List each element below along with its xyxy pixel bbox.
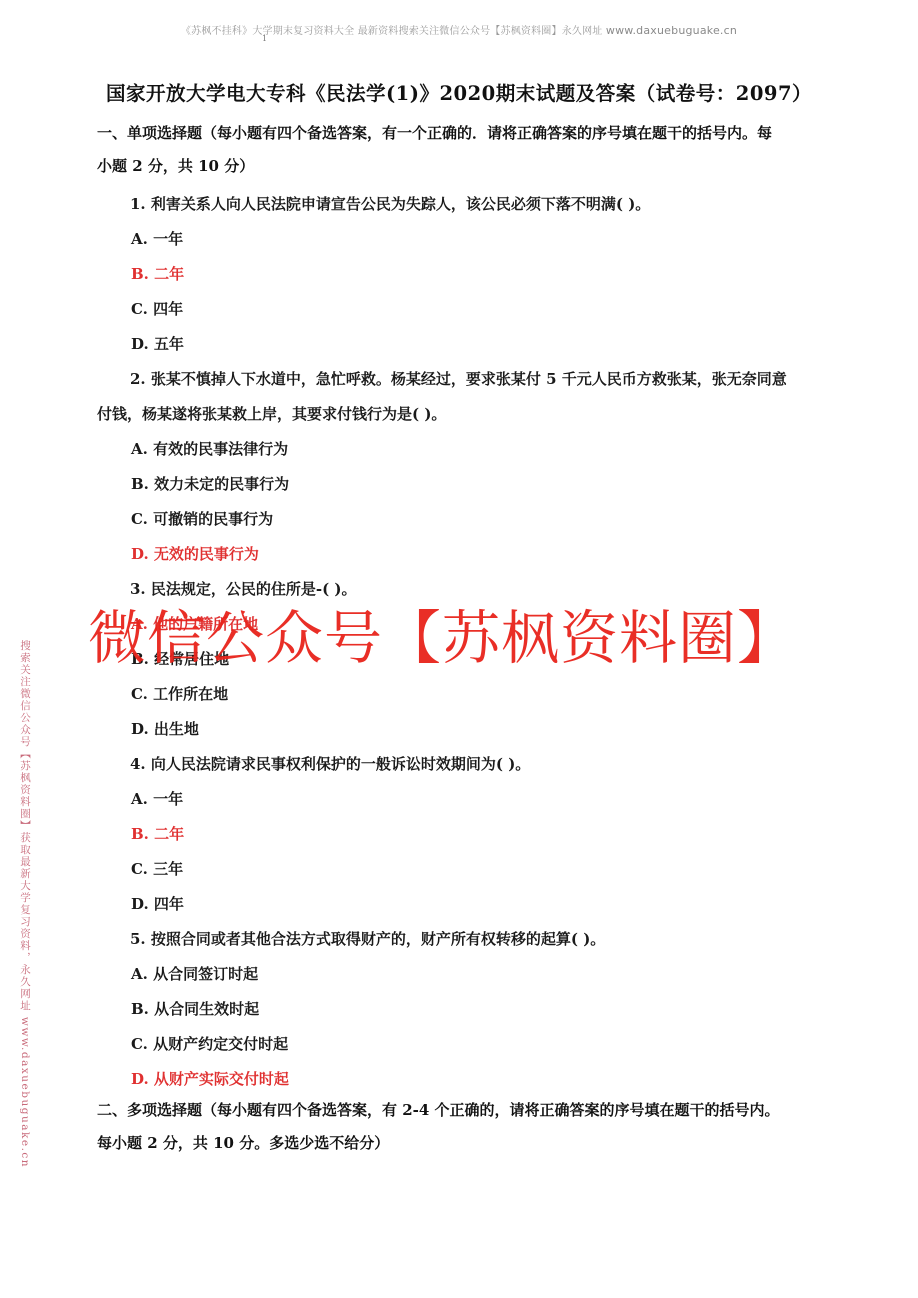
question-1-option-c: C. 四年 (131, 298, 183, 319)
question-1: 1. 利害关系人向人民法院申请宣告公民为失踪人，该公民必须下落不明满( )。 (130, 193, 650, 214)
top-banner: 《苏枫不挂科》大学期末复习资料大全 最新资料搜索关注微信公众号【苏枫资料圈】永久… (0, 22, 918, 37)
side-note: 搜索关注微信公众号【苏枫资料圈】获取最新大学复习资料，永久网址 www.daxu… (18, 640, 32, 1168)
question-5-option-b: B. 从合同生效时起 (131, 998, 259, 1019)
section-1-heading-line-2: 小题 2 分，共 10 分） (97, 150, 817, 183)
watermark: 微信公众号【苏枫资料圈】 (88, 603, 796, 673)
page-mark: 1 (262, 34, 267, 43)
question-2-option-c: C. 可撤销的民事行为 (131, 508, 273, 529)
question-2-line-2: 付钱，杨某遂将张某救上岸，其要求付钱行为是( )。 (97, 403, 446, 424)
question-3: 3. 民法规定，公民的住所是-( )。 (130, 578, 357, 599)
question-1-option-a: A. 一年 (131, 228, 183, 249)
section-1-heading-line-1: 一、单项选择题（每小题有四个备选答案，有一个正确的．请将正确答案的序号填在题干的… (97, 117, 817, 150)
question-3-option-d: D. 出生地 (131, 718, 199, 739)
question-5: 5. 按照合同或者其他合法方式取得财产的，财产所有权转移的起算( )。 (130, 928, 605, 949)
section-2-heading: 二、多项选择题（每小题有四个备选答案，有 2-4 个正确的，请将正确答案的序号填… (97, 1094, 817, 1160)
question-4: 4. 向人民法院请求民事权利保护的一般诉讼时效期间为( )。 (130, 753, 530, 774)
question-2-option-d-answer: D. 无效的民事行为 (131, 543, 259, 564)
document-title: 国家开放大学电大专科《民法学(1)》2020期末试题及答案（试卷号：2097） (0, 78, 918, 106)
banner-text: 《苏枫不挂科》大学期末复习资料大全 最新资料搜索关注微信公众号【苏枫资料圈】永久… (181, 26, 603, 37)
question-4-option-c: C. 三年 (131, 858, 183, 879)
section-2-heading-line-1: 二、多项选择题（每小题有四个备选答案，有 2-4 个正确的，请将正确答案的序号填… (97, 1094, 817, 1127)
question-2-option-b: B. 效力未定的民事行为 (131, 473, 289, 494)
question-2-option-a: A. 有效的民事法律行为 (131, 438, 288, 459)
question-4-option-a: A. 一年 (131, 788, 183, 809)
section-2-heading-line-2: 每小题 2 分，共 10 分。多选少选不给分） (97, 1127, 817, 1160)
question-5-option-c: C. 从财产约定交付时起 (131, 1033, 288, 1054)
section-1-heading: 一、单项选择题（每小题有四个备选答案，有一个正确的．请将正确答案的序号填在题干的… (97, 117, 817, 183)
question-2-line-1: 2. 张某不慎掉人下水道中，急忙呼救。杨某经过，要求张某付 5 千元人民币方救张… (130, 368, 787, 389)
question-3-option-c: C. 工作所在地 (131, 683, 228, 704)
question-4-option-b-answer: B. 二年 (131, 823, 184, 844)
question-5-option-a: A. 从合同签订时起 (131, 963, 258, 984)
question-5-option-d-answer: D. 从财产实际交付时起 (131, 1068, 289, 1089)
question-4-option-d: D. 四年 (131, 893, 184, 914)
question-1-option-d: D. 五年 (131, 333, 184, 354)
banner-url: www.daxuebuguake.cn (606, 24, 737, 37)
question-1-option-b-answer: B. 二年 (131, 263, 184, 284)
